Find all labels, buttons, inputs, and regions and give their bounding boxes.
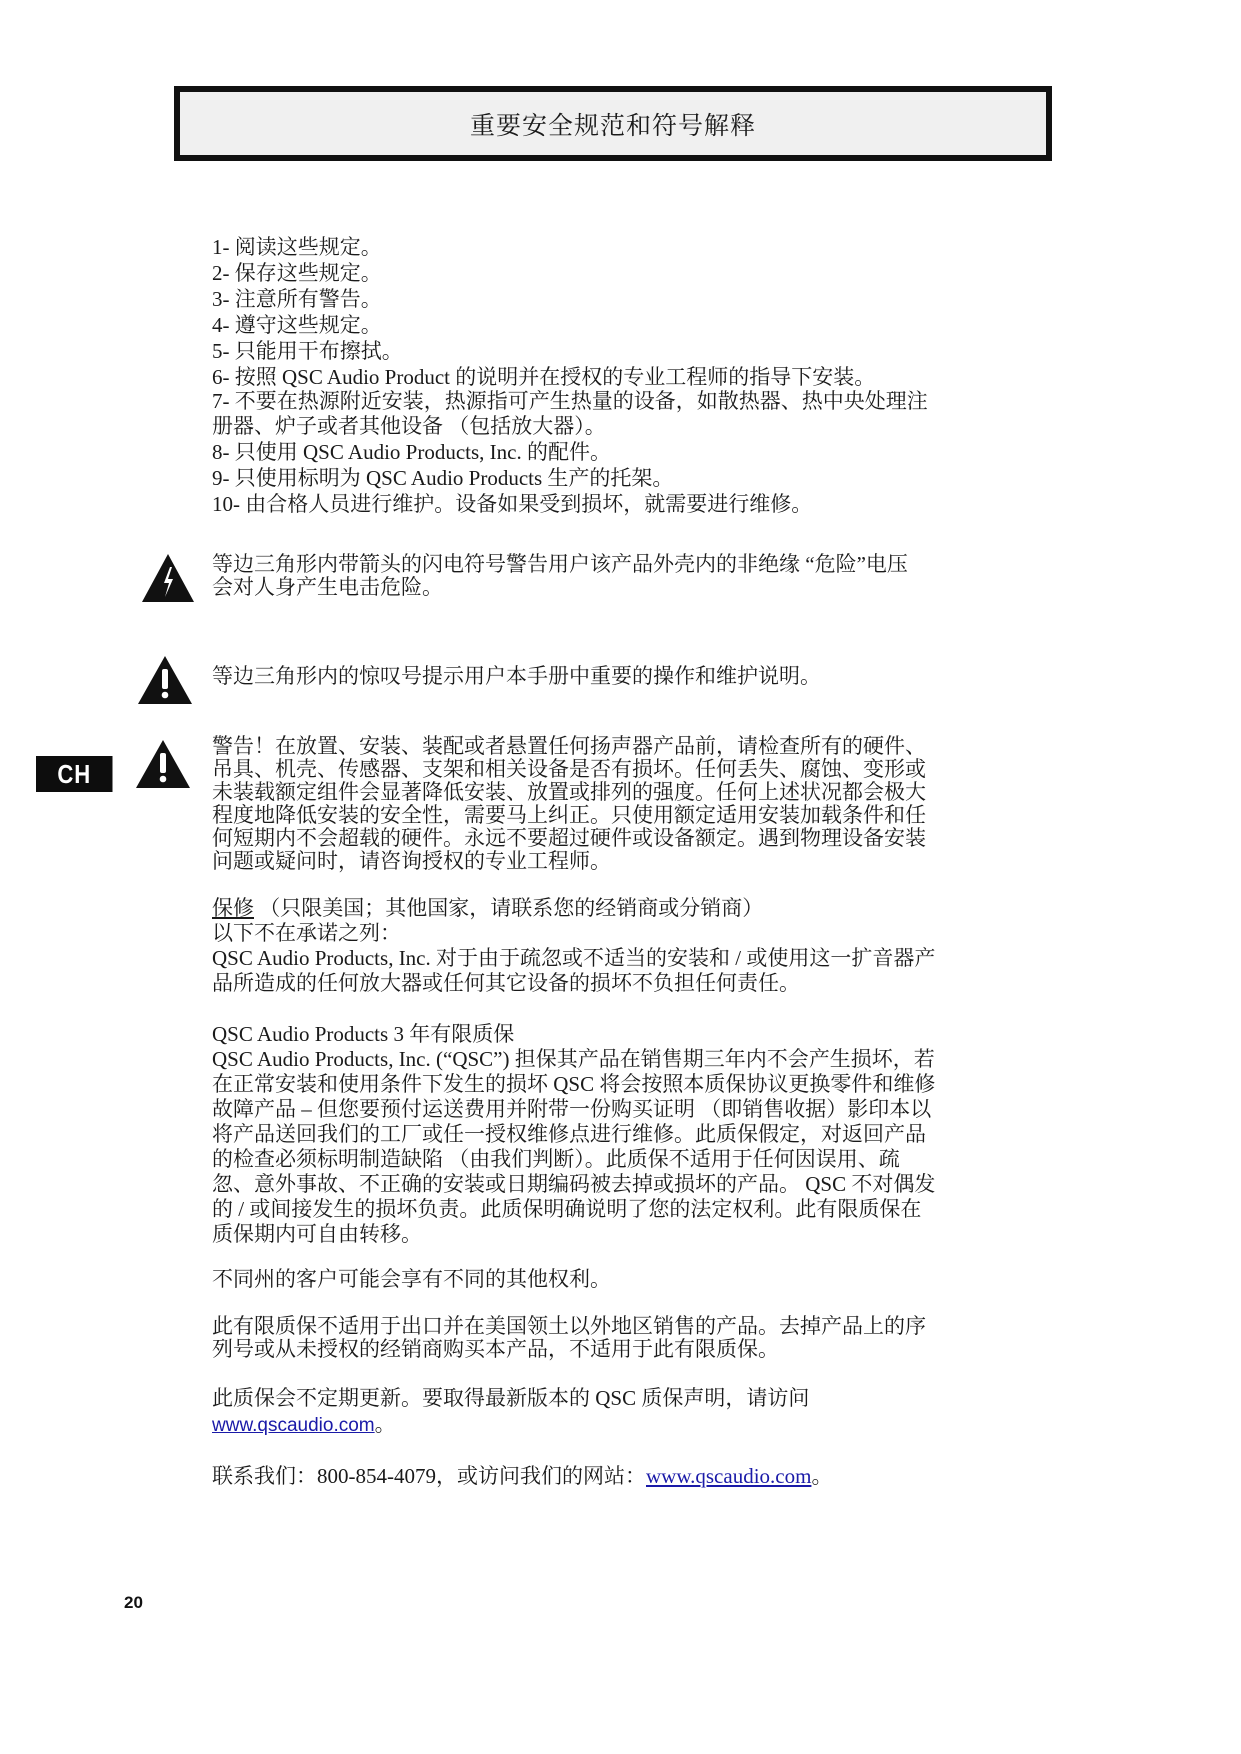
states-note: 不同州的客户可能会享有不同的其他权利。 xyxy=(212,1268,611,1291)
limited-warranty-line: 忽、意外事故、不正确的安装或日期编码被去掉或损坏的产品。 QSC 不对偶发 xyxy=(212,1172,935,1197)
limited-warranty-line: 将产品送回我们的工厂或任一授权维修点进行维修。此质保假定，对返回产品 xyxy=(212,1122,935,1147)
page-title: 重要安全规范和符号解释 xyxy=(470,106,756,142)
rule-item: 5- 只能用干布擦拭。 xyxy=(212,338,928,364)
update-note: 此质保会不定期更新。要取得最新版本的 QSC 质保声明，请访问 www.qsca… xyxy=(212,1385,809,1439)
rule-item: 4- 遵守这些规定。 xyxy=(212,312,928,338)
lightning-symbol-text: 等边三角形内带箭头的闪电符号警告用户该产品外壳内的非绝缘 “危险”电压 会对人身… xyxy=(212,553,908,599)
rule-item: 9- 只使用标明为 QSC Audio Products 生产的托架。 xyxy=(212,465,928,491)
rule-item: 6- 按照 QSC Audio Product 的说明并在授权的专业工程师的指导… xyxy=(212,364,928,390)
limited-warranty-line: 质保期内可自由转移。 xyxy=(212,1222,935,1247)
limited-warranty-line: 故障产品 – 但您要预付运送费用并附带一份购买证明 （即销售收据）影印本以 xyxy=(212,1097,935,1122)
exclusions-line: 品所造成的任何放大器或任何其它设备的损坏不负担任何责任。 xyxy=(212,971,935,996)
limited-warranty-line: QSC Audio Products, Inc. (“QSC”) 担保其产品在销… xyxy=(212,1047,935,1072)
contact-line: 联系我们：800-854-4079，或访问我们的网站：www.qscaudio.… xyxy=(212,1465,832,1488)
rule-item: 2- 保存这些规定。 xyxy=(212,260,928,286)
rule-item: 7- 不要在热源附近安装，热源指可产生热量的设备，如散热器、热中央处理注 xyxy=(212,390,928,413)
warning-triangle-icon xyxy=(134,738,192,790)
limited-warranty-section: QSC Audio Products 3 年有限质保 QSC Audio Pro… xyxy=(212,1022,935,1247)
lightning-triangle-icon xyxy=(140,552,196,604)
limited-warranty-line: 的 / 或间接发生的损坏负责。此质保明确说明了您的法定权利。此有限质保在 xyxy=(212,1197,935,1222)
qsc-website-link[interactable]: www.qscaudio.com xyxy=(212,1415,375,1436)
limited-warranty-title: QSC Audio Products 3 年有限质保 xyxy=(212,1022,935,1047)
export-note: 此有限质保不适用于出口并在美国领土以外地区销售的产品。去掉产品上的序 列号或从未… xyxy=(212,1315,926,1361)
rule-item: 10- 由合格人员进行维护。设备如果受到损坏，就需要进行维修。 xyxy=(212,491,928,517)
exclamation-symbol-text: 等边三角形内的惊叹号提示用户本手册中重要的操作和维护说明。 xyxy=(212,665,821,688)
rule-item: 3- 注意所有警告。 xyxy=(212,286,928,312)
exclusions-line: QSC Audio Products, Inc. 对于由于疏忽或不适当的安装和 … xyxy=(212,946,935,971)
warranty-section: 保修 （只限美国；其他国家，请联系您的经销商或分销商） 以下不在承诺之列： QS… xyxy=(212,896,935,996)
rule-item: 8- 只使用 QSC Audio Products, Inc. 的配件。 xyxy=(212,439,928,465)
language-tab: CH xyxy=(36,756,113,792)
exclamation-triangle-icon xyxy=(136,654,194,706)
warning-text: 警告！在放置、安装、装配或者悬置任何扬声器产品前，请检查所有的硬件、 吊具、机壳… xyxy=(212,735,926,873)
warranty-heading-label: 保修 xyxy=(212,896,254,920)
limited-warranty-line: 在正常安装和使用条件下发生的损坏 QSC 将会按照本质保协议更换零件和维修 xyxy=(212,1072,935,1097)
page-number: 20 xyxy=(124,1593,143,1613)
exclusions-intro: 以下不在承诺之列： xyxy=(212,921,935,946)
limited-warranty-line: 的检查必须标明制造缺陷 （由我们判断）。此质保不适用于任何因误用、疏 xyxy=(212,1147,935,1172)
rule-item: 1- 阅读这些规定。 xyxy=(212,234,928,260)
rule-item-continuation: 册器、炉子或者其他设备 （包括放大器）。 xyxy=(212,413,928,439)
contact-website-link[interactable]: www.qscaudio.com xyxy=(646,1464,811,1488)
title-box: 重要安全规范和符号解释 xyxy=(174,86,1052,161)
warranty-heading: 保修 （只限美国；其他国家，请联系您的经销商或分销商） xyxy=(212,896,935,921)
rules-list: 1- 阅读这些规定。 2- 保存这些规定。 3- 注意所有警告。 4- 遵守这些… xyxy=(212,234,928,517)
